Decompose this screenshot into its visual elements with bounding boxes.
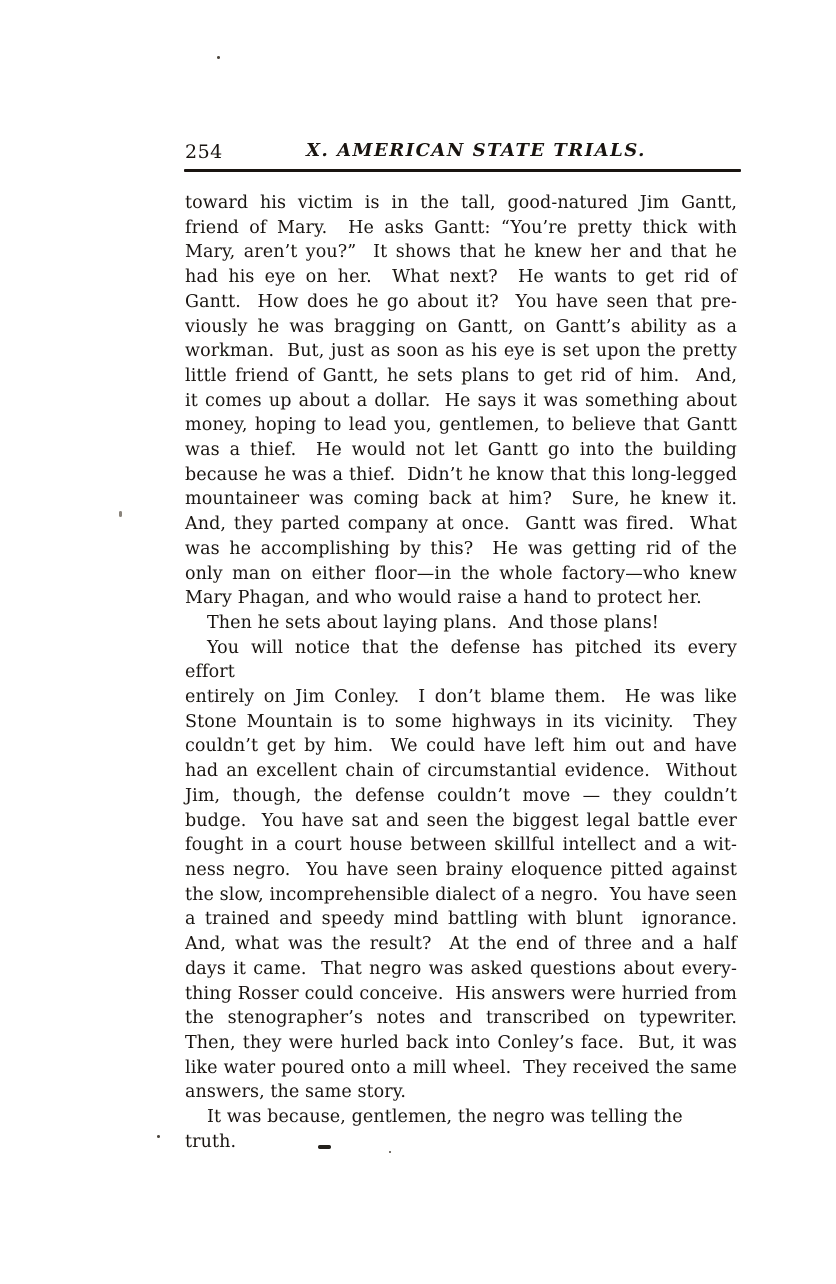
paragraph: Then he sets about laying plans. And tho… — [185, 611, 737, 636]
text-line: It was because, gentlemen, the negro was… — [185, 1105, 737, 1154]
page-header: 254 X. AMERICAN STATE TRIALS. — [185, 140, 737, 166]
text-line: Then he sets about laying plans. And tho… — [185, 611, 737, 636]
text-line: mountaineer was coming back at him? Sure… — [185, 487, 737, 512]
text-line: You will notice that the defense has pit… — [185, 636, 737, 685]
text-line: it comes up about a dollar. He says it w… — [185, 389, 737, 414]
text-line: had an excellent chain of circumstantial… — [185, 759, 737, 784]
scan-speck — [389, 1151, 391, 1153]
text-line: ness negro. You have seen brainy eloquen… — [185, 858, 737, 883]
scan-speck — [217, 56, 220, 59]
paragraph: toward his victim is in the tall, good-n… — [185, 191, 737, 611]
text-line: little friend of Gantt, he sets plans to… — [185, 364, 737, 389]
scan-speck — [157, 1135, 160, 1138]
header-rule — [184, 169, 741, 172]
text-line: viously he was bragging on Gantt, on Gan… — [185, 315, 737, 340]
text-line: Mary, aren’t you?” It shows that he knew… — [185, 240, 737, 265]
text-line: because he was a thief. Didn’t he know t… — [185, 463, 737, 488]
text-line: Then, they were hurled back into Conley’… — [185, 1031, 737, 1056]
text-line: workman. But, just as soon as his eye is… — [185, 339, 737, 364]
text-line: Gantt. How does he go about it? You have… — [185, 290, 737, 315]
text-line: the stenographer’s notes and transcribed… — [185, 1006, 737, 1031]
text-line: Mary Phagan, and who would raise a hand … — [185, 586, 737, 611]
text-line: budge. You have sat and seen the biggest… — [185, 809, 737, 834]
text-line: had his eye on her. What next? He wants … — [185, 265, 737, 290]
text-line: the slow, incomprehensible dialect of a … — [185, 883, 737, 908]
text-line: toward his victim is in the tall, good-n… — [185, 191, 737, 216]
text-line: friend of Mary. He asks Gantt: “You’re p… — [185, 216, 737, 241]
text-line: was a thief. He would not let Gantt go i… — [185, 438, 737, 463]
text-line: was he accomplishing by this? He was get… — [185, 537, 737, 562]
text-line: thing Rosser could conceive. His answers… — [185, 982, 737, 1007]
running-title: X. AMERICAN STATE TRIALS. — [185, 140, 737, 161]
text-line: And, what was the result? At the end of … — [185, 932, 737, 957]
paragraph: It was because, gentlemen, the negro was… — [185, 1105, 737, 1154]
text-line: And, they parted company at once. Gantt … — [185, 512, 737, 537]
text-line: days it came. That negro was asked quest… — [185, 957, 737, 982]
book-page: 254 X. AMERICAN STATE TRIALS. toward his… — [0, 0, 836, 1284]
paragraph: You will notice that the defense has pit… — [185, 636, 737, 1105]
body-text: toward his victim is in the tall, good-n… — [185, 191, 737, 1154]
text-line: couldn’t get by him. We could have left … — [185, 734, 737, 759]
text-line: Jim, though, the defense couldn’t move —… — [185, 784, 737, 809]
text-line: entirely on Jim Conley. I don’t blame th… — [185, 685, 737, 710]
text-line: Stone Mountain is to some highways in it… — [185, 710, 737, 735]
text-line: money, hoping to lead you, gentlemen, to… — [185, 413, 737, 438]
page-number: 254 — [185, 141, 223, 163]
text-line: only man on either floor—in the whole fa… — [185, 562, 737, 587]
scan-speck — [318, 1145, 331, 1149]
text-line: fought in a court house between skillful… — [185, 833, 737, 858]
text-line: a trained and speedy mind battling with … — [185, 907, 737, 932]
text-line: answers, the same story. — [185, 1080, 737, 1105]
text-line: like water poured onto a mill wheel. The… — [185, 1056, 737, 1081]
scan-speck — [119, 511, 122, 517]
